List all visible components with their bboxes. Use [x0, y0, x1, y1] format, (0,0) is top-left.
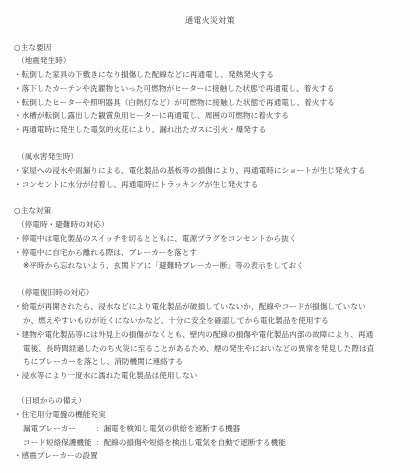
- document-page: 通電火災対策 ○主な要因 （地震発生時） ・転倒した家具の下敷きになり損傷した配…: [0, 0, 420, 473]
- definition-term: コード短絡保護機能: [23, 439, 92, 447]
- list-item: ・給電が再開されたら、浸水などにより電化製品が破損していないか、配線やコードが損…: [14, 303, 366, 311]
- list-item: ・家屋への浸水や雨漏りによる、電化製品の基板等の損傷により、再通電時にショートが…: [14, 167, 365, 175]
- subheading-storm-flood: （風水害発生時）: [17, 153, 78, 161]
- list-item: ・転倒した家具の下敷きになり損傷した配線などに再通電し、発熱発火する: [14, 71, 274, 79]
- list-item-continuation: ちにブレーカーを落とし、消防機関に連絡する: [23, 358, 183, 366]
- list-item: ・建物や電化製品等には外見上の損傷がなくとも、壁内の配線の損傷や電化製品内部の故…: [14, 331, 373, 339]
- section-heading-causes: ○主な要因: [14, 44, 51, 52]
- list-item: ・停電中は電化製品のスイッチを切るとともに、電源プラグをコンセントから抜く: [14, 235, 297, 243]
- section-heading-measures: ○主な対策: [14, 207, 51, 215]
- list-item: ・感震ブレーカーの設置: [14, 452, 98, 460]
- definition-desc: ：漏電を検知し電気の供給を遮断する機器: [96, 425, 240, 433]
- list-item-continuation: か、燃えやすいものが近くにないかなど、十分に安全を確認してから電化製品を使用する: [23, 317, 329, 325]
- definition-term: 漏電ブレーカー: [23, 425, 76, 433]
- list-item: ・浸水等により一度水に濡れた電化製品は使用しない: [14, 372, 197, 380]
- list-item: ・水槽が転倒し露出した観賞魚用ヒーターに再通電し、周囲の可燃物に着火する: [14, 112, 289, 120]
- list-item: ・転倒したヒーターや照明器具（白熱灯など）が可燃物に接触した状態で再通電し、着火…: [14, 99, 335, 107]
- document-title: 通電火災対策: [0, 17, 420, 25]
- subheading-daily-preparation: （日頃からの備え）: [17, 397, 86, 405]
- list-item: ・落下したカーテンや洗濯物といった可燃物がヒーターに接触した状態で再通電し、着火…: [14, 85, 334, 93]
- subheading-restoration: （停電復旧時の対応）: [17, 289, 93, 297]
- note-text: ※平時から忘れないよう、玄関ドアに「避難時ブレーカー断」等の表示をしておく: [23, 262, 304, 270]
- list-item: ・住宅用分電盤の機能充実: [14, 411, 106, 419]
- subheading-earthquake: （地震発生時）: [17, 57, 71, 65]
- list-item: ・再通電時に発生した電気的火花により、漏れ出たガスに引火・爆発する: [14, 126, 266, 134]
- list-item-continuation: 電後、長時間経過したのち火災に至ることがあるため、煙の発生やにおいなどの異常を発…: [23, 345, 374, 353]
- definition-desc: ：配線の損傷や短絡を検出し電気を自動で遮断する機能: [96, 439, 286, 447]
- list-item: ・停電中に自宅から離れる際は、ブレーカーを落とす: [14, 249, 197, 257]
- list-item: ・コンセントに水分が付着し、再通電時にトラッキングが生じ発火する: [14, 181, 258, 189]
- subheading-outage-evacuation: （停電時・避難時の対応）: [17, 221, 109, 229]
